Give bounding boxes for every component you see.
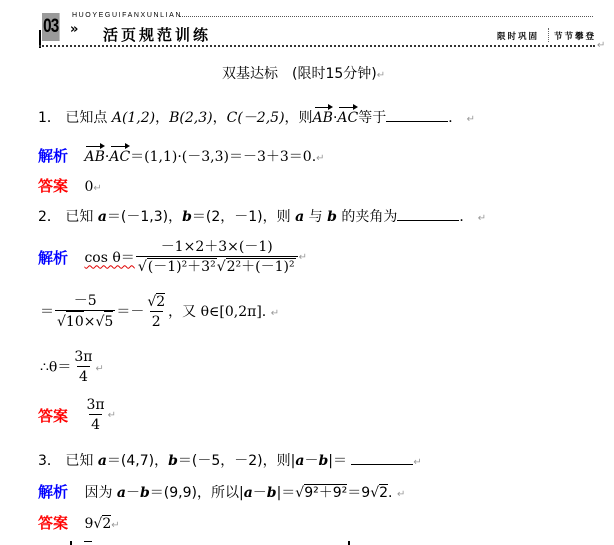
question-text: ＝(4,7)， bbox=[107, 453, 168, 469]
minus: － bbox=[126, 485, 140, 501]
fraction-denominator: 4 bbox=[89, 414, 102, 435]
analysis-2-line-3: ∴θ＝ 3π 4 ↵ bbox=[40, 348, 104, 387]
vector-a: a bbox=[98, 453, 107, 469]
vector-ac: AC bbox=[337, 110, 358, 126]
answer-label: 答案 bbox=[38, 177, 68, 195]
paragraph-mark-icon: ↵ bbox=[271, 308, 279, 319]
vector-b: b bbox=[182, 209, 192, 225]
radicand: 5 bbox=[104, 311, 113, 332]
cutoff-mark bbox=[348, 541, 350, 545]
section-number-badge: 03 bbox=[42, 13, 60, 41]
header-title: 活页规范训练 bbox=[103, 24, 211, 45]
vector-a: a bbox=[117, 485, 126, 501]
analysis-label: 解析 bbox=[38, 147, 68, 165]
question-end: ． bbox=[459, 209, 473, 225]
point-b: B(2,3) bbox=[169, 110, 212, 126]
header-tag-separator bbox=[548, 28, 549, 42]
fraction: －1×2＋3×(－1) √(－1)²＋3²√2²＋(－1)² bbox=[136, 238, 298, 277]
question-end: ． bbox=[448, 110, 462, 126]
analysis-label: 解析 bbox=[38, 483, 68, 501]
vector-b: b bbox=[267, 485, 277, 501]
analysis-2: 解析 cos θ＝ －1×2＋3×(－1) √(－1)²＋3²√2²＋(－1)²… bbox=[38, 238, 307, 277]
answer-value: 9√2 bbox=[84, 516, 111, 532]
paragraph-mark-icon: ↵ bbox=[111, 520, 119, 531]
vector-a: a bbox=[244, 485, 253, 501]
analysis-3: 解析 因为 a－b＝(9,9)，所以|a－b|＝√9²＋9²＝9√2. ↵ bbox=[38, 481, 405, 502]
section-title-text: 双基达标 (限时15分钟) bbox=[222, 66, 377, 82]
question-text: 与 bbox=[309, 209, 323, 225]
question-text: |＝ bbox=[328, 453, 347, 469]
point-c: C(－2,5) bbox=[227, 110, 285, 126]
analysis-text: ＝(1,1)·(－3,3)＝－3＋3＝0. bbox=[130, 149, 316, 165]
fraction: －5 √10×√5 bbox=[55, 292, 115, 332]
answer-label: 答案 bbox=[38, 514, 68, 532]
vector-b: b bbox=[140, 485, 150, 501]
analysis-label: 解析 bbox=[38, 249, 68, 267]
equals: ＝ bbox=[40, 304, 54, 320]
fraction: 3π 4 bbox=[72, 348, 94, 387]
chevron-icon: » bbox=[70, 22, 78, 37]
analysis-text: ，又 θ∈[0,2π]. bbox=[168, 304, 266, 320]
question-number: 1． bbox=[38, 110, 61, 126]
analysis-text: ＝(9,9)，所以| bbox=[150, 485, 244, 501]
paragraph-mark-icon: ↵ bbox=[467, 114, 475, 125]
header-pinyin: HUOYEGUIFANXUNLIAN bbox=[72, 12, 182, 19]
fraction-denominator: √(－1)²＋3²√2²＋(－1)² bbox=[136, 256, 298, 277]
question-text: 则 bbox=[299, 110, 313, 126]
radicand: 2 bbox=[102, 515, 111, 532]
minus: － bbox=[304, 453, 318, 469]
question-text: 已知 bbox=[65, 453, 93, 469]
answer-blank bbox=[397, 208, 459, 221]
answer-coefficient: 9 bbox=[84, 516, 93, 532]
vector-b: b bbox=[318, 453, 328, 469]
therefore-theta: ∴θ＝ bbox=[40, 360, 71, 376]
fraction-denominator: 2 bbox=[150, 311, 163, 332]
paragraph-mark-icon: ↵ bbox=[316, 153, 324, 164]
section-title: 双基达标 (限时15分钟)↵ bbox=[222, 63, 385, 83]
vector-ab: AB bbox=[84, 149, 104, 165]
analysis-content: cos θ＝ －1×2＋3×(－1) √(－1)²＋3²√2²＋(－1)² bbox=[84, 250, 298, 266]
fraction-denominator: 4 bbox=[77, 366, 90, 387]
fraction-numerator: －5 bbox=[72, 292, 99, 310]
analysis-1: 解析 AB·AC＝(1,1)·(－3,3)＝－3＋3＝0.↵ bbox=[38, 145, 325, 166]
fraction-numerator: √2 bbox=[145, 293, 167, 311]
analysis-text: . bbox=[388, 485, 392, 501]
fraction-numerator: 3π bbox=[84, 396, 106, 414]
analysis-content: AB·AC＝(1,1)·(－3,3)＝－3＋3＝0. bbox=[84, 149, 316, 165]
fraction-numerator: 3π bbox=[72, 348, 94, 366]
paragraph-mark-icon: ↵ bbox=[397, 489, 405, 500]
question-2: 2． 已知 a＝(－1,3)，b＝(2，－1)，则 a 与 b 的夹角为． ↵ bbox=[38, 206, 486, 226]
question-text: 已知 bbox=[65, 209, 93, 225]
radicand: 2 bbox=[379, 484, 388, 501]
fraction: √2 2 bbox=[145, 293, 167, 332]
analysis-content: 因为 a－b＝(9,9)，所以|a－b|＝√9²＋9²＝9√2. bbox=[84, 485, 396, 501]
question-number: 3． bbox=[38, 453, 61, 469]
equals-minus: ＝－ bbox=[116, 304, 144, 320]
vector-ac: AC bbox=[109, 149, 130, 165]
header-dotted-line bbox=[180, 16, 593, 17]
paragraph-mark-icon: ↵ bbox=[413, 457, 421, 468]
header-rule bbox=[39, 45, 595, 47]
question-text: ＝(－1,3)， bbox=[107, 209, 182, 225]
question-text: 等于 bbox=[358, 110, 386, 126]
header-tag-1: 限时巩固 bbox=[497, 30, 539, 42]
paragraph-mark-icon: ↵ bbox=[597, 40, 605, 51]
radicand: 9²＋9² bbox=[304, 484, 347, 501]
analysis-text: ＝9 bbox=[347, 485, 370, 501]
answer-blank bbox=[386, 109, 448, 122]
paragraph-mark-icon: ↵ bbox=[299, 252, 307, 263]
header-tag-2: 节节攀登 bbox=[554, 30, 596, 42]
answer-2: 答案 3π 4 ↵ bbox=[38, 396, 116, 435]
answer-3: 答案 9√2↵ bbox=[38, 512, 120, 533]
analysis-2-line-2: ＝ －5 √10×√5 ＝－ √2 2 ，又 θ∈[0,2π]. ↵ bbox=[40, 292, 279, 332]
question-text: 的夹角为 bbox=[341, 209, 397, 225]
vector-b: b bbox=[168, 453, 178, 469]
paragraph-mark-icon: ↵ bbox=[95, 364, 103, 375]
question-number: 2． bbox=[38, 209, 61, 225]
question-text: ＝(－5，－2)，则| bbox=[178, 453, 295, 469]
vector-a: a bbox=[98, 209, 107, 225]
cos-theta-lhs: cos θ＝ bbox=[84, 250, 134, 266]
radicand: 2 bbox=[156, 293, 165, 310]
paragraph-mark-icon: ↵ bbox=[108, 410, 116, 421]
cutoff-mark bbox=[70, 541, 72, 545]
radicand: (－1)²＋3² bbox=[147, 258, 217, 275]
cutoff-mark bbox=[84, 541, 92, 542]
paragraph-mark-icon: ↵ bbox=[93, 183, 101, 194]
paragraph-mark-icon: ↵ bbox=[478, 213, 486, 224]
minus: － bbox=[253, 485, 267, 501]
answer-fraction: 3π 4 bbox=[84, 396, 106, 435]
fraction-numerator: －1×2＋3×(－1) bbox=[159, 238, 275, 256]
paragraph-mark-icon: ↵ bbox=[377, 70, 385, 81]
question-1: 1． 已知点 A(1,2)，B(2,3)，C(－2,5)，则AB·AC等于． ↵ bbox=[38, 107, 475, 127]
answer-label: 答案 bbox=[38, 407, 68, 425]
point-a: A(1,2) bbox=[112, 110, 155, 126]
question-text: ＝(2，－1)，则 bbox=[192, 209, 291, 225]
answer-1: 答案 0↵ bbox=[38, 175, 102, 196]
analysis-text: 因为 bbox=[84, 485, 112, 501]
radicand: 10 bbox=[66, 311, 84, 332]
vector-ab: AB bbox=[313, 110, 333, 126]
vector-a: a bbox=[295, 209, 304, 225]
radicand: 2²＋(－1)² bbox=[226, 258, 296, 275]
question-text: 已知点 bbox=[65, 110, 107, 126]
question-3: 3． 已知 a＝(4,7)，b＝(－5，－2)，则|a－b|＝ ↵ bbox=[38, 450, 422, 470]
answer-blank bbox=[351, 452, 413, 465]
vector-b: b bbox=[327, 209, 337, 225]
analysis-text: |＝ bbox=[277, 485, 296, 501]
fraction-denominator: √10×√5 bbox=[55, 310, 115, 332]
times: × bbox=[84, 314, 96, 330]
